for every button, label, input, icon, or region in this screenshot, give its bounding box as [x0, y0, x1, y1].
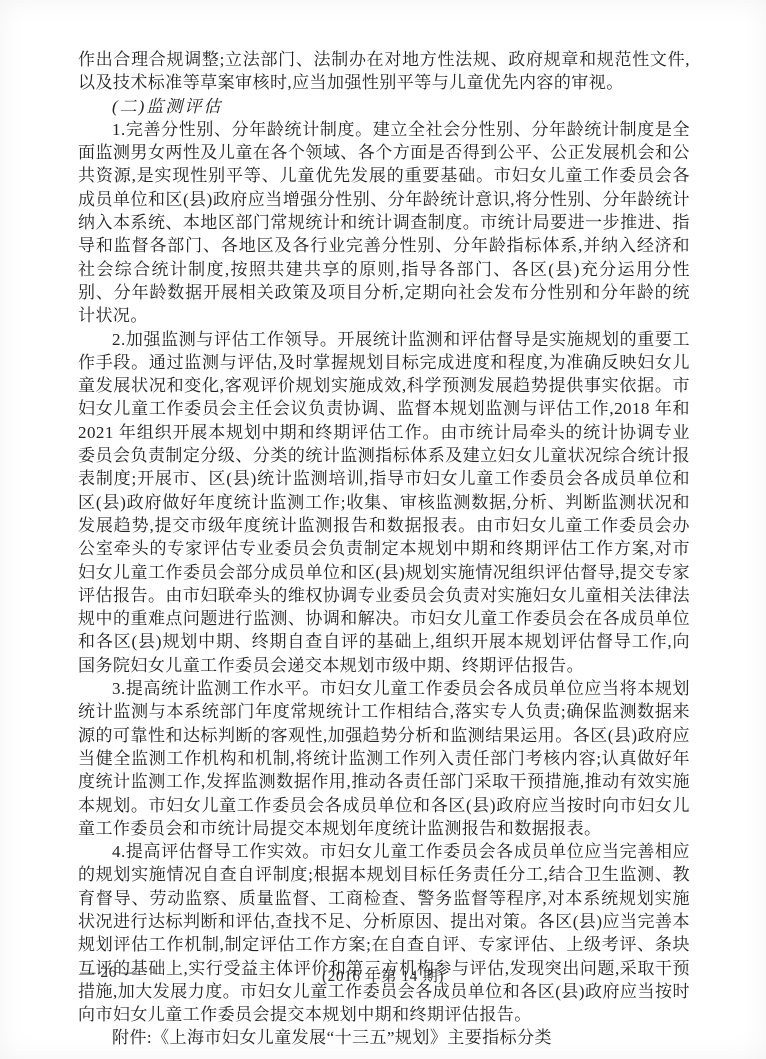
document-page: 作出合理合规调整;立法部门、法制办在对地方性法规、政府规章和规范性文件,以及技术… [0, 0, 766, 1059]
section-heading: (二)监测评估 [78, 95, 690, 118]
attachment-line: 附件:《上海市妇女儿童发展“十三五”规划》主要指标分类 [78, 1026, 690, 1049]
paragraph-1: 1.完善分性别、分年龄统计制度。建立全社会分性别、分年龄统计制度是全面监测男女两… [78, 118, 690, 328]
paragraph-3: 3.提高统计监测工作水平。市妇女儿童工作委员会各成员单位应当将本规划统计监测与本… [78, 677, 690, 840]
document-body: 作出合理合规调整;立法部门、法制办在对地方性法规、政府规章和规范性文件,以及技术… [78, 48, 690, 1050]
page-number: — 26 — [80, 964, 137, 982]
paragraph-4: 4.提高评估督导工作实效。市妇女儿童工作委员会各成员单位应当完善相应的规划实施情… [78, 840, 690, 1026]
page-footer: — 26 — (2016 年第 14 期) [0, 964, 766, 986]
continuation-paragraph: 作出合理合规调整;立法部门、法制办在对地方性法规、政府规章和规范性文件,以及技术… [78, 48, 690, 95]
paragraph-2: 2.加强监测与评估工作领导。开展统计监测和评估督导是实施规划的重要工作手段。通过… [78, 328, 690, 677]
